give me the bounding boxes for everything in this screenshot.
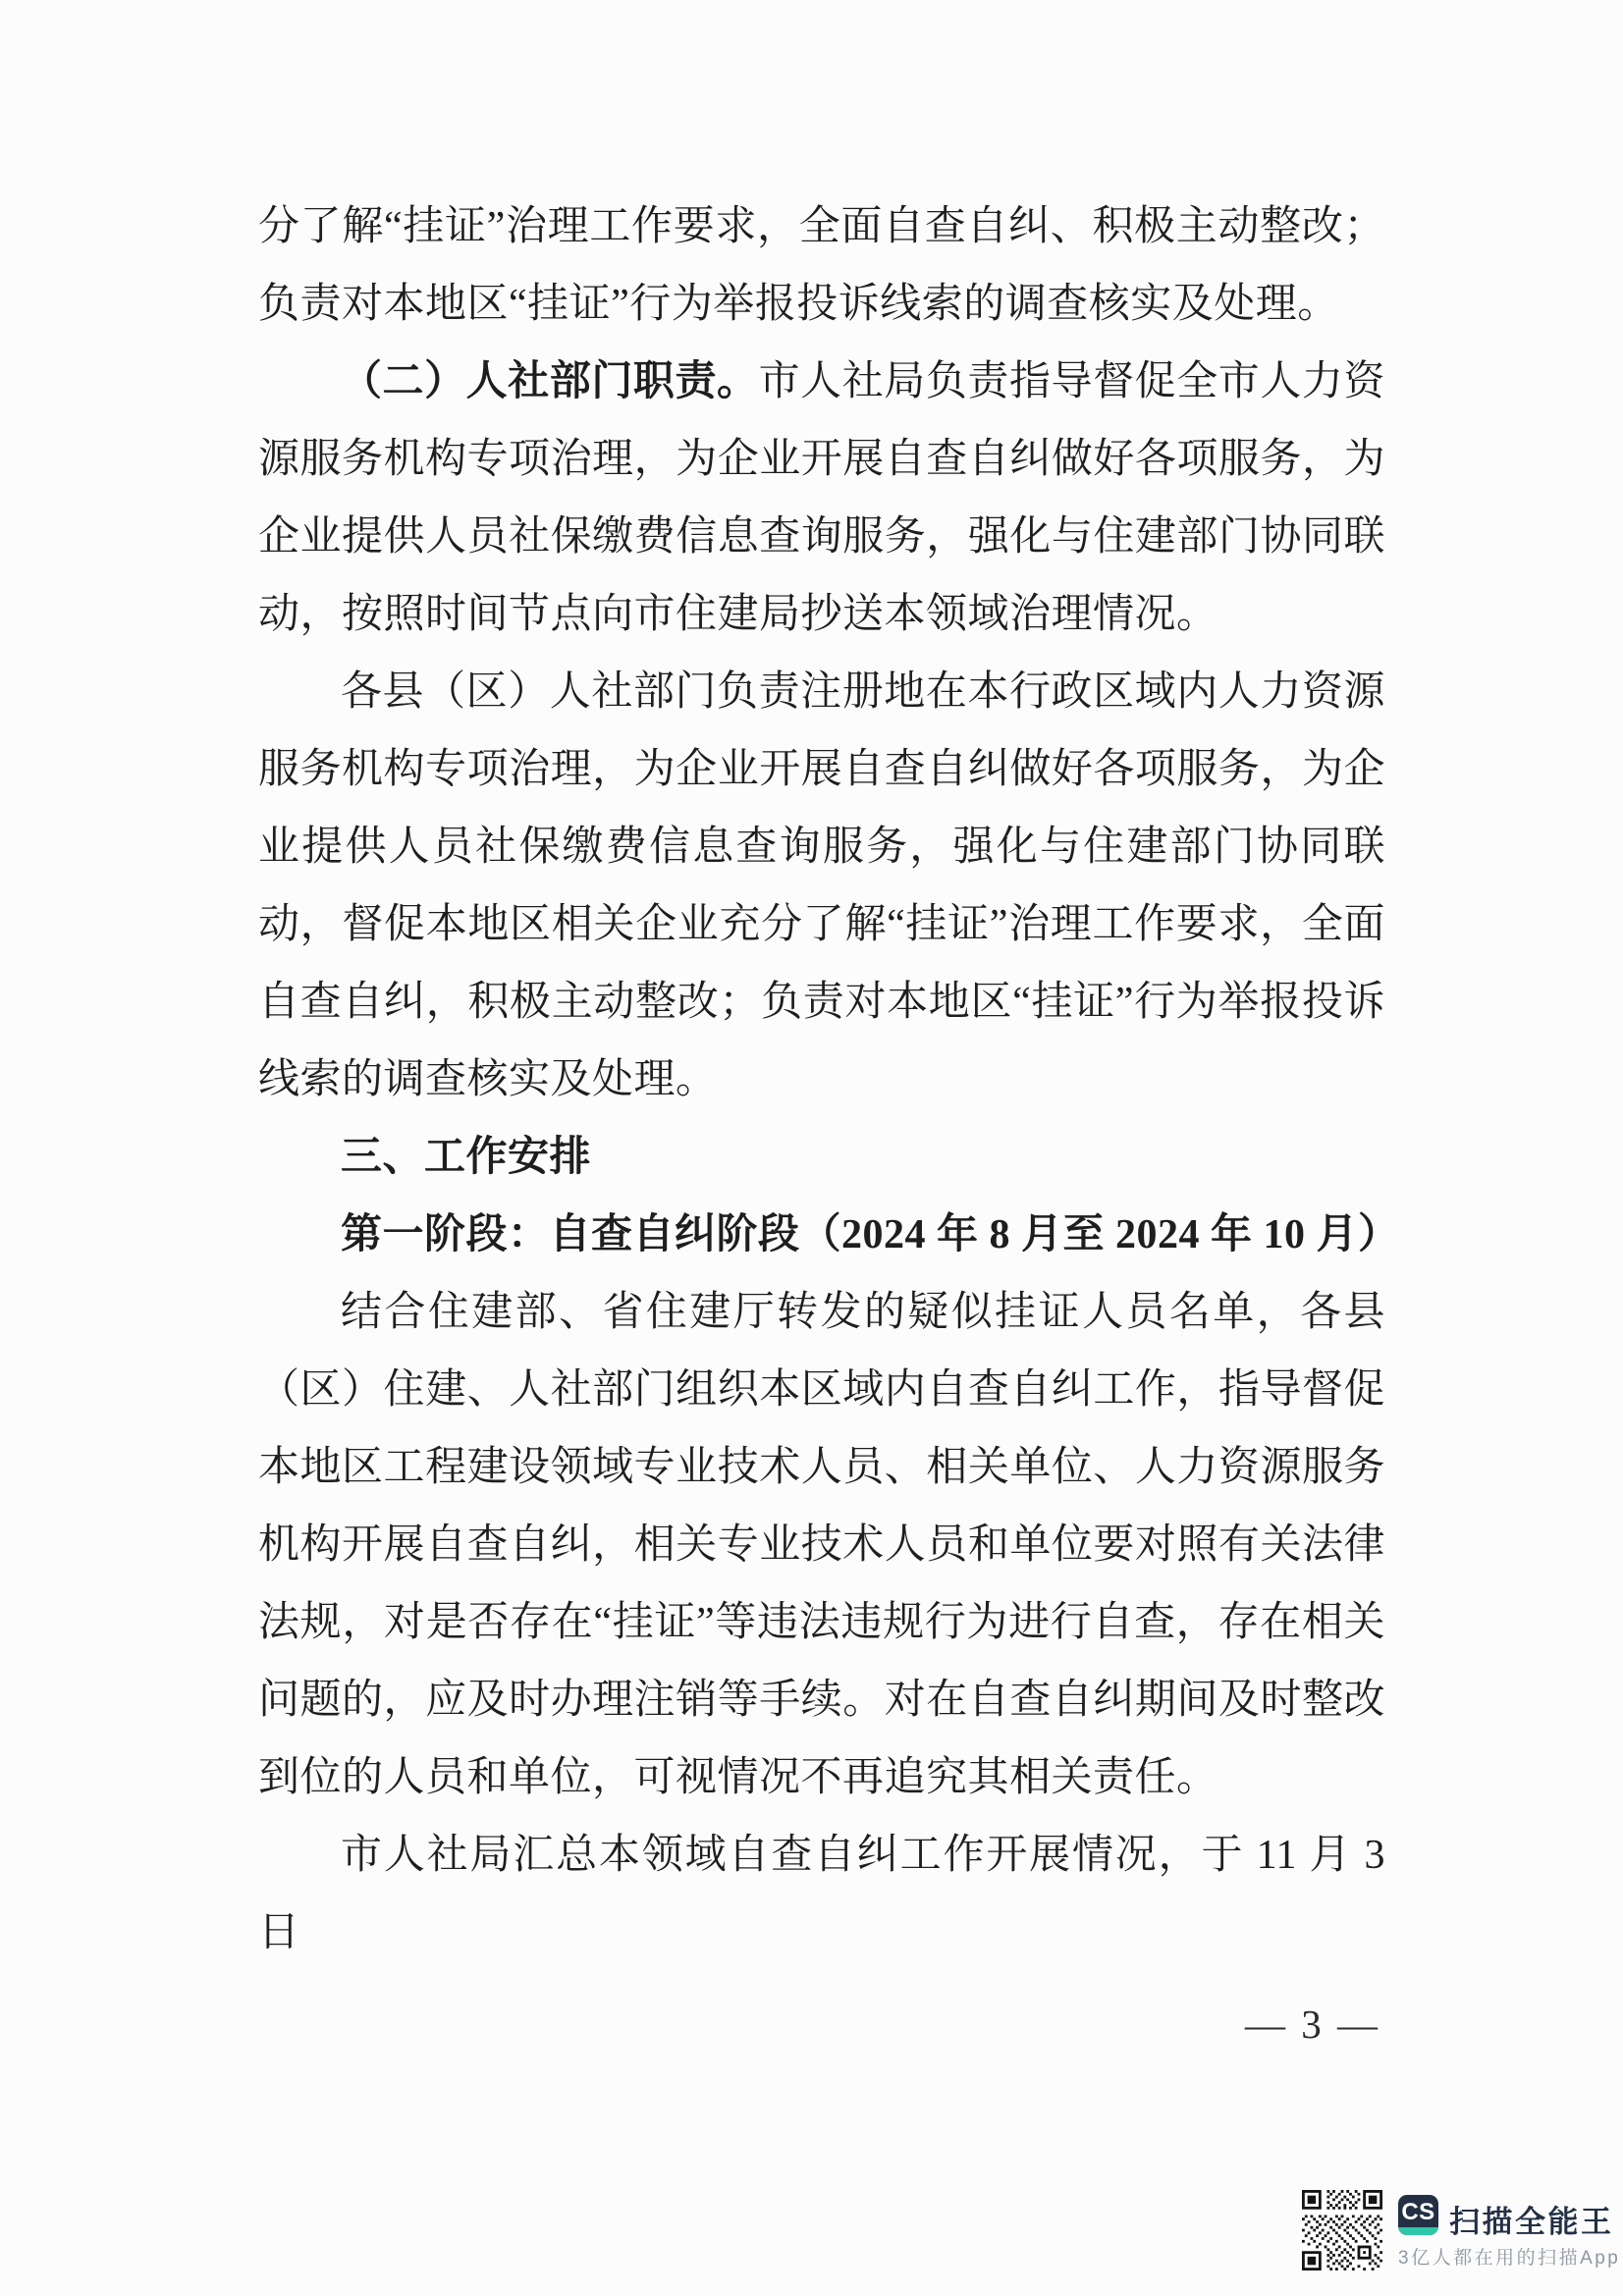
paragraph-text: 结合住建部、省住建厅转发的疑似挂证人员名单，各县（区）住建、人社部门组织本区域内… bbox=[258, 1290, 1385, 1800]
paragraph-text: 分了解“挂证”治理工作要求，全面自查自纠、积极主动整改；负责对本地区“挂证”行为… bbox=[258, 204, 1385, 327]
paragraph-self-inspection: 结合住建部、省住建厅转发的疑似挂证人员名单，各县（区）住建、人社部门组织本区域内… bbox=[258, 1274, 1385, 1817]
paragraph-continuation: 分了解“挂证”治理工作要求，全面自查自纠、积极主动整改；负责对本地区“挂证”行为… bbox=[258, 188, 1385, 344]
camscanner-tagline: 3亿人都在用的扫描App bbox=[1398, 2243, 1620, 2269]
stage-one-heading: 第一阶段：自查自纠阶段（2024 年 8 月至 2024 年 10 月） bbox=[258, 1197, 1385, 1274]
scanned-document-page: 分了解“挂证”治理工作要求，全面自查自纠、积极主动整改；负责对本地区“挂证”行为… bbox=[0, 0, 1623, 2296]
document-body: 分了解“挂证”治理工作要求，全面自查自纠、积极主动整改；负责对本地区“挂证”行为… bbox=[258, 188, 1385, 1972]
page-number: — 3 — bbox=[1229, 2001, 1396, 2048]
camscanner-brand-name: 扫描全能王 bbox=[1449, 2197, 1614, 2241]
paragraph-text: 各县（区）人社部门负责注册地在本行政区域内人力资源服务机构专项治理，为企业开展自… bbox=[258, 669, 1385, 1102]
paragraph-text: 市人社局汇总本领域自查自纠工作开展情况，于 11 月 3 日 bbox=[258, 1833, 1385, 1955]
section-heading-work-arrangement: 三、工作安排 bbox=[258, 1119, 1385, 1197]
paragraph-county-duty: 各县（区）人社部门负责注册地在本行政区域内人力资源服务机构专项治理，为企业开展自… bbox=[258, 654, 1385, 1119]
paragraph-bold-lead: （二）人社部门职责。 bbox=[341, 359, 759, 404]
qr-code-icon bbox=[1302, 2190, 1382, 2270]
camscanner-logo-letters: CS bbox=[1398, 2196, 1438, 2228]
camscanner-logo-icon: CS bbox=[1398, 2195, 1438, 2235]
camscanner-logo-accent-strip bbox=[1398, 2227, 1438, 2235]
paragraph-summary: 市人社局汇总本领域自查自纠工作开展情况，于 11 月 3 日 bbox=[258, 1817, 1385, 1972]
paragraph-duty-renshe: （二）人社部门职责。市人社局负责指导督促全市人力资源服务机构专项治理，为企业开展… bbox=[258, 344, 1385, 654]
